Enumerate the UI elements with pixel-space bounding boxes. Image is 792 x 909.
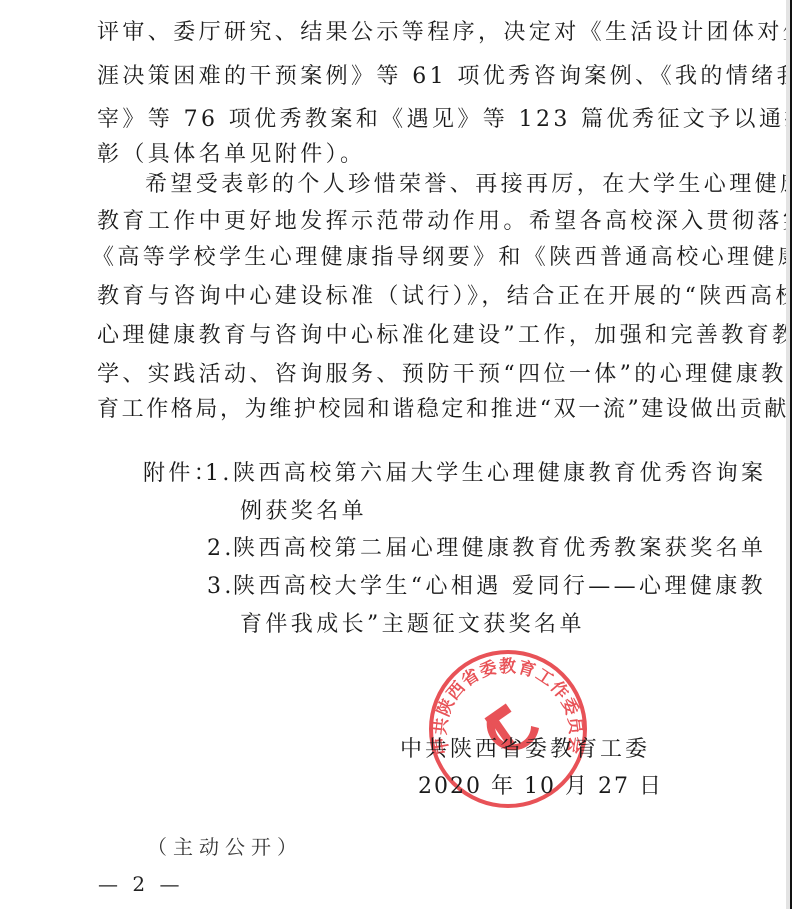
page-number: — 2 — [98, 872, 183, 896]
signing-organization: 中共陕西省委教育工委 [400, 737, 650, 763]
attachment-number: 3. [207, 574, 235, 600]
text-line: 教育与咨询中心建设标准（试行）》，结合正在开展的“陕西高校 [97, 284, 792, 310]
text-line: 评审、委厅研究、结果公示等程序，决定对《生活设计团体对生 [97, 20, 792, 46]
attachment-number: 1. [205, 461, 233, 487]
text-line: 心理健康教育与咨询中心标准化建设”工作，加强和完善教育教 [97, 323, 792, 349]
text-line: 希望受表彰的个人珍惜荣誉、再接再厉，在大学生心理健康 [145, 172, 792, 198]
attachment-text: 陕西高校大学生“心相遇 爱同行——心理健康教 [233, 574, 766, 600]
text-line: 《高等学校学生心理健康指导纲要》和《陕西普通高校心理健康 [92, 245, 792, 271]
attachment-text: 陕西高校第二届心理健康教育优秀教案获奖名单 [233, 536, 766, 562]
signing-date: 2020 年 10 月 27 日 [418, 774, 663, 800]
attachment-text: 例获奖名单 [240, 499, 367, 525]
text-line: 育工作格局，为维护校园和谐稳定和推进“双一流”建设做出贡献。 [97, 397, 792, 423]
text-line: 涯决策困难的干预案例》等 61 项优秀咨询案例、《我的情绪我主 [97, 64, 792, 90]
document-page: 评审、委厅研究、结果公示等程序，决定对《生活设计团体对生 涯决策困难的干预案例》… [0, 0, 786, 909]
text-line: 彰（具体名单见附件）。 [97, 142, 365, 168]
text-line: 宰》等 76 项优秀教案和《遇见》等 123 篇优秀征文予以通报表 [97, 107, 792, 133]
attachment-text: 育伴我成长”主题征文获奖名单 [240, 612, 585, 638]
attachment-text: 陕西高校第六届大学生心理健康教育优秀咨询案 [233, 461, 766, 487]
attachment-number: 2. [207, 536, 235, 562]
text-line: 学、实践活动、咨询服务、预防干预“四位一体”的心理健康教 [97, 362, 787, 388]
text-line: 教育工作中更好地发挥示范带动作用。希望各高校深入贯彻落实 [97, 209, 792, 235]
disclosure-note: （主动公开） [147, 835, 303, 859]
